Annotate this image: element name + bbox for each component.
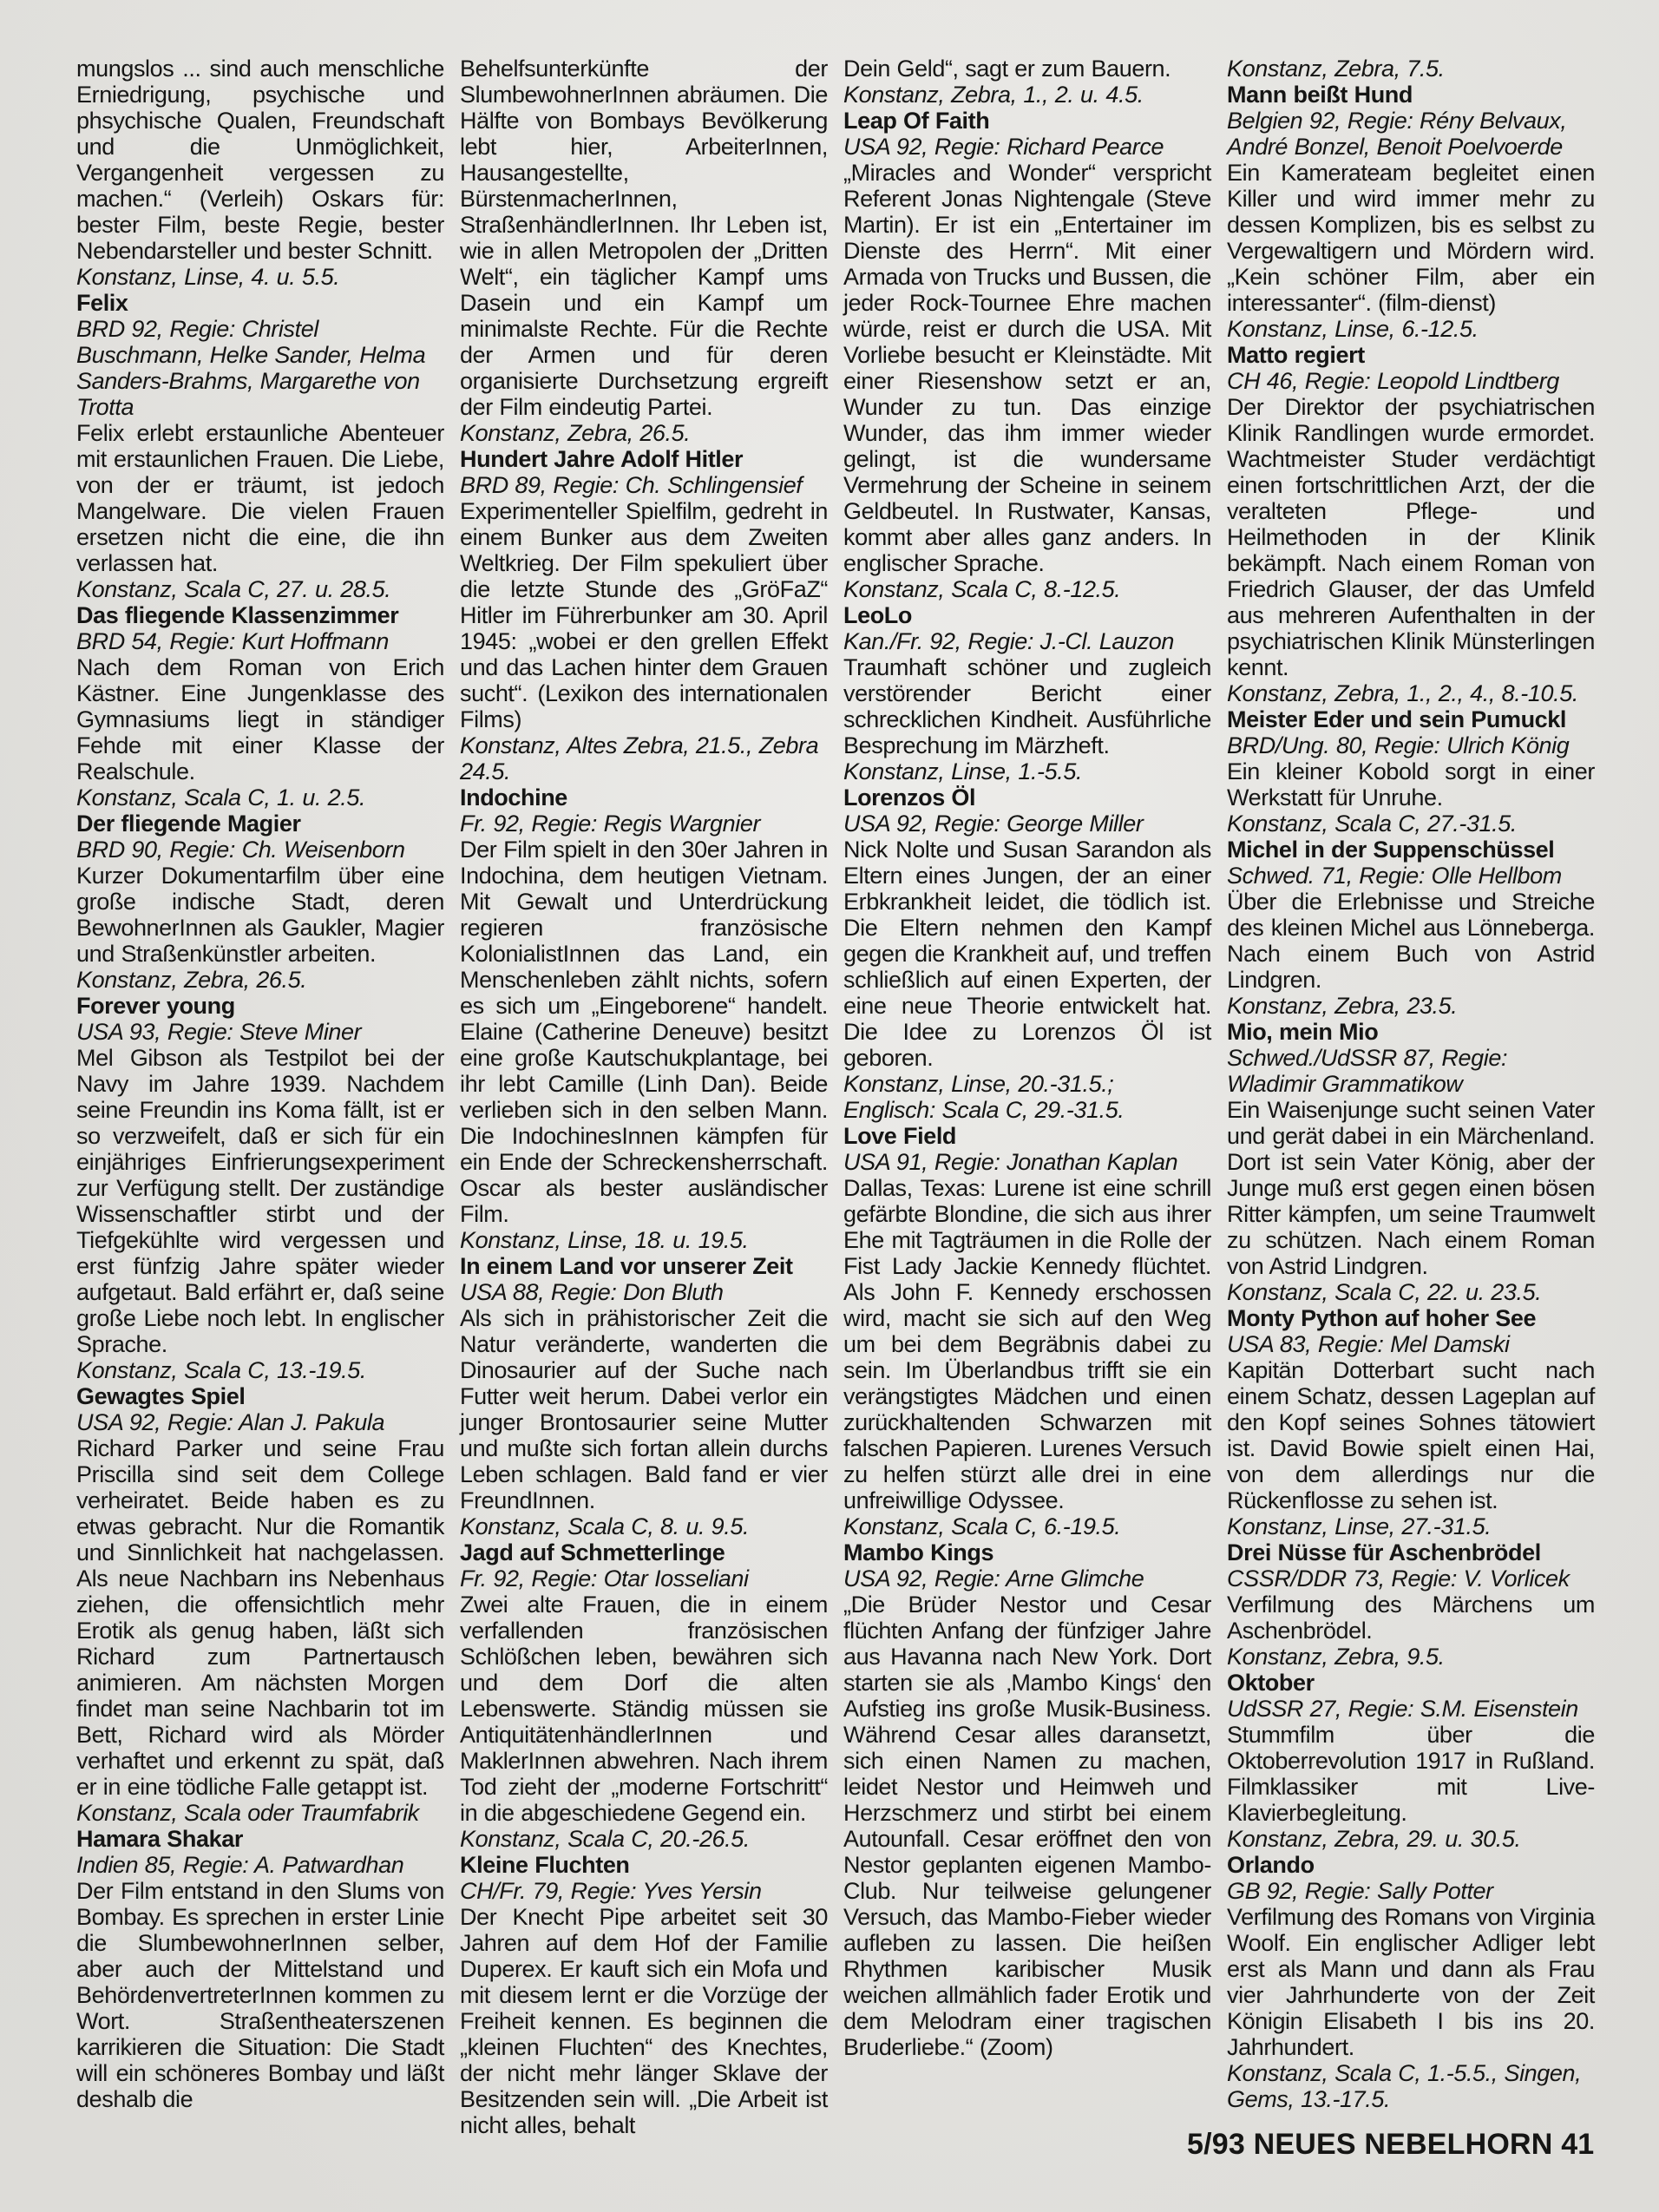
text-column-2: Behelfsunterkünfte der SlumbewohnerInnen…	[460, 56, 828, 2138]
film-credits: CSSR/DDR 73, Regie: V. Vorlicek	[1227, 1565, 1595, 1592]
film-credits: USA 92, Regie: Richard Pearce	[843, 134, 1211, 160]
film-credits: USA 91, Regie: Jonathan Kaplan	[843, 1149, 1211, 1175]
film-description: „Miracles and Wonder“ verspricht Referen…	[843, 160, 1211, 576]
venue-dates: Konstanz, Zebra, 1., 2., 4., 8.-10.5.	[1227, 680, 1595, 706]
film-description: Kapitän Dotterbart sucht nach einem Scha…	[1227, 1357, 1595, 1513]
film-description: Felix erlebt erstaunliche Abenteuer mit …	[76, 420, 444, 576]
film-credits: USA 83, Regie: Mel Damski	[1227, 1331, 1595, 1357]
venue-dates: Konstanz, Linse, 1.-5.5.	[843, 758, 1211, 784]
film-title: Lorenzos Öl	[843, 784, 1211, 811]
film-description: Richard Parker und seine Frau Priscilla …	[76, 1435, 444, 1800]
film-description: Der Film spielt in den 30er Jahren in In…	[460, 837, 828, 1227]
film-title: Kleine Fluchten	[460, 1852, 828, 1878]
venue-dates: Konstanz, Linse, 6.-12.5.	[1227, 316, 1595, 342]
venue-dates: Konstanz, Linse, 4. u. 5.5.	[76, 264, 444, 290]
film-title: Forever young	[76, 993, 444, 1019]
film-title: LeoLo	[843, 602, 1211, 628]
venue-dates: Konstanz, Scala C, 1. u. 2.5.	[76, 784, 444, 811]
film-credits: Schwed. 71, Regie: Olle Hellbom	[1227, 863, 1595, 889]
film-title: Love Field	[843, 1123, 1211, 1149]
film-title: Mio, mein Mio	[1227, 1019, 1595, 1045]
venue-dates: Konstanz, Altes Zebra, 21.5., Zebra 24.5…	[460, 732, 828, 784]
venue-dates: Konstanz, Linse, 27.-31.5.	[1227, 1513, 1595, 1539]
film-credits: GB 92, Regie: Sally Potter	[1227, 1878, 1595, 1904]
film-credits: BRD 89, Regie: Ch. Schlingensief	[460, 472, 828, 498]
film-title: Monty Python auf hoher See	[1227, 1305, 1595, 1331]
magazine-page: mungslos ... sind auch menschliche Ernie…	[0, 0, 1659, 2212]
film-credits: USA 92, Regie: Arne Glimche	[843, 1565, 1211, 1592]
film-credits: Fr. 92, Regie: Otar Iosseliani	[460, 1565, 828, 1592]
film-credits: CH/Fr. 79, Regie: Yves Yersin	[460, 1878, 828, 1904]
venue-dates: Konstanz, Zebra, 29. u. 30.5.	[1227, 1826, 1595, 1852]
text-column-4: Konstanz, Zebra, 7.5.Mann beißt HundBelg…	[1227, 56, 1595, 2112]
film-title: Mann beißt Hund	[1227, 82, 1595, 108]
venue-dates: Konstanz, Zebra, 23.5.	[1227, 993, 1595, 1019]
film-description: Zwei alte Frauen, die in einem verfallen…	[460, 1592, 828, 1826]
venue-dates: Konstanz, Zebra, 26.5.	[460, 420, 828, 446]
film-credits: USA 92, Regie: Alan J. Pakula	[76, 1409, 444, 1435]
film-credits: BRD/Ung. 80, Regie: Ulrich König	[1227, 732, 1595, 758]
venue-dates: Konstanz, Zebra, 9.5.	[1227, 1644, 1595, 1670]
film-title: Mambo Kings	[843, 1539, 1211, 1565]
film-title: Indochine	[460, 784, 828, 811]
film-description: Der Film entstand in den Slums von Bomba…	[76, 1878, 444, 2112]
venue-dates: Konstanz, Scala oder Traumfabrik	[76, 1800, 444, 1826]
venue-dates: Konstanz, Linse, 20.-31.5.; Englisch: Sc…	[843, 1071, 1211, 1123]
film-credits: USA 88, Regie: Don Bluth	[460, 1279, 828, 1305]
film-credits: CH 46, Regie: Leopold Lindtberg	[1227, 368, 1595, 394]
film-description: Dein Geld“, sagt er zum Bauern.	[843, 56, 1211, 82]
venue-dates: Konstanz, Scala C, 8. u. 9.5.	[460, 1513, 828, 1539]
venue-dates: Konstanz, Scala C, 13.-19.5.	[76, 1357, 444, 1383]
film-title: Orlando	[1227, 1852, 1595, 1878]
film-description: mungslos ... sind auch menschliche Ernie…	[76, 56, 444, 264]
film-credits: Schwed./UdSSR 87, Regie: Wladimir Gramma…	[1227, 1045, 1595, 1097]
film-description: Der Knecht Pipe arbeitet seit 30 Jahren …	[460, 1904, 828, 2138]
venue-dates: Konstanz, Scala C, 8.-12.5.	[843, 576, 1211, 602]
film-title: Meister Eder und sein Pumuckl	[1227, 706, 1595, 732]
film-description: Ein Waisenjunge sucht seinen Vater und g…	[1227, 1097, 1595, 1279]
venue-dates: Konstanz, Scala C, 27.-31.5.	[1227, 811, 1595, 837]
film-title: Jagd auf Schmetterlinge	[460, 1539, 828, 1565]
film-title: Drei Nüsse für Aschenbrödel	[1227, 1539, 1595, 1565]
film-description: Nick Nolte und Susan Sarandon als Eltern…	[843, 837, 1211, 1071]
film-title: Das fliegende Klassenzimmer	[76, 602, 444, 628]
text-column-3: Dein Geld“, sagt er zum Bauern.Konstanz,…	[843, 56, 1211, 2060]
film-description: Ein Kamerateam begleitet einen Killer un…	[1227, 160, 1595, 316]
text-column-1: mungslos ... sind auch menschliche Ernie…	[76, 56, 444, 2112]
film-description: Dallas, Texas: Lurene ist eine schrill g…	[843, 1175, 1211, 1513]
film-credits: Indien 85, Regie: A. Patwardhan	[76, 1852, 444, 1878]
film-credits: USA 92, Regie: George Miller	[843, 811, 1211, 837]
venue-dates: Konstanz, Linse, 18. u. 19.5.	[460, 1227, 828, 1253]
film-title: Felix	[76, 290, 444, 316]
film-title: Hamara Shakar	[76, 1826, 444, 1852]
film-title: Hundert Jahre Adolf Hitler	[460, 446, 828, 472]
film-title: Michel in der Suppenschüssel	[1227, 837, 1595, 863]
film-credits: UdSSR 27, Regie: S.M. Eisenstein	[1227, 1696, 1595, 1722]
film-description: Ein kleiner Kobold sorgt in einer Werkst…	[1227, 758, 1595, 811]
venue-dates: Konstanz, Zebra, 1., 2. u. 4.5.	[843, 82, 1211, 108]
film-description: Mel Gibson als Testpilot bei der Navy im…	[76, 1045, 444, 1357]
film-credits: Kan./Fr. 92, Regie: J.-Cl. Lauzon	[843, 628, 1211, 654]
film-description: „Die Brüder Nestor und Cesar flüchten An…	[843, 1592, 1211, 2060]
venue-dates: Konstanz, Zebra, 26.5.	[76, 967, 444, 993]
film-description: Kurzer Dokumentarfilm über eine große in…	[76, 863, 444, 967]
film-description: Nach dem Roman von Erich Kästner. Eine J…	[76, 654, 444, 784]
film-credits: USA 93, Regie: Steve Miner	[76, 1019, 444, 1045]
film-description: Experimenteller Spielfilm, gedreht in ei…	[460, 498, 828, 732]
film-credits: BRD 54, Regie: Kurt Hoffmann	[76, 628, 444, 654]
film-credits: Fr. 92, Regie: Regis Wargnier	[460, 811, 828, 837]
film-credits: BRD 90, Regie: Ch. Weisenborn	[76, 837, 444, 863]
film-description: Behelfsunterkünfte der SlumbewohnerInnen…	[460, 56, 828, 420]
venue-dates: Konstanz, Scala C, 6.-19.5.	[843, 1513, 1211, 1539]
film-description: Traumhaft schöner und zugleich verstören…	[843, 654, 1211, 758]
page-footer: 5/93 NEUES NEBELHORN 41	[1187, 2128, 1594, 2162]
film-description: Verfilmung des Märchens um Aschenbrödel.	[1227, 1592, 1595, 1644]
film-description: Als sich in prähistorischer Zeit die Nat…	[460, 1305, 828, 1513]
venue-dates: Konstanz, Scala C, 22. u. 23.5.	[1227, 1279, 1595, 1305]
film-title: Leap Of Faith	[843, 108, 1211, 134]
film-title: Gewagtes Spiel	[76, 1383, 444, 1409]
venue-dates: Konstanz, Scala C, 20.-26.5.	[460, 1826, 828, 1852]
film-description: Der Direktor der psychiatrischen Klinik …	[1227, 394, 1595, 680]
film-credits: Belgien 92, Regie: Rény Belvaux, André B…	[1227, 108, 1595, 160]
film-title: Oktober	[1227, 1670, 1595, 1696]
film-description: Stummfilm über die Oktoberrevolution 191…	[1227, 1722, 1595, 1826]
film-title: Der fliegende Magier	[76, 811, 444, 837]
film-title: In einem Land vor unserer Zeit	[460, 1253, 828, 1279]
venue-dates: Konstanz, Zebra, 7.5.	[1227, 56, 1595, 82]
film-description: Über die Erlebnisse und Streiche des kle…	[1227, 889, 1595, 993]
film-title: Matto regiert	[1227, 342, 1595, 368]
film-description: Verfilmung des Romans von Virginia Woolf…	[1227, 1904, 1595, 2060]
venue-dates: Konstanz, Scala C, 27. u. 28.5.	[76, 576, 444, 602]
film-credits: BRD 92, Regie: Christel Buschmann, Helke…	[76, 316, 444, 420]
venue-dates: Konstanz, Scala C, 1.-5.5., Singen, Gems…	[1227, 2060, 1595, 2112]
